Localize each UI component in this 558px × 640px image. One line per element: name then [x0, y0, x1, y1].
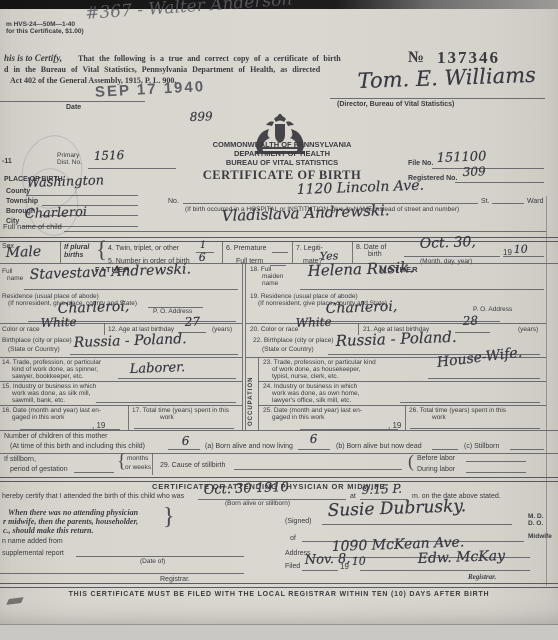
children-a-label: (a) Born alive and now living	[205, 443, 293, 450]
cause-stillbirth-line	[234, 469, 402, 470]
children-label2: (At time of this birth and including thi…	[10, 443, 145, 450]
father-industry-line	[96, 402, 236, 403]
director-line	[330, 98, 545, 99]
filed-registrar-signature: Edw. McKay	[417, 549, 505, 567]
st-line	[492, 203, 524, 204]
county-value: Washington	[27, 174, 105, 190]
children-c-label: (c) Stillborn	[464, 443, 499, 450]
certify-lead: his is to Certify,	[4, 54, 62, 63]
org-line1: COMMONWEALTH OF PENNSYLVANIA	[178, 141, 386, 149]
supplemental-line	[76, 556, 244, 557]
children-b-label: (b) Born alive but now dead	[336, 443, 422, 450]
name-added-label1: n name added from	[2, 538, 63, 545]
column-divider	[242, 263, 243, 430]
physician-signature-line	[322, 524, 512, 525]
mother-industry-line	[400, 402, 540, 403]
mother-race-label: 20. Color or race	[250, 327, 298, 334]
father-fullname-label2: name	[7, 276, 23, 283]
father-date-label2: gaged in this work	[12, 415, 64, 422]
children-label1: Number of children of this mother	[4, 433, 108, 440]
certify-line1: That the following is a true and correct…	[78, 55, 341, 63]
months-label: months	[127, 456, 148, 463]
mother-years-label: (years)	[518, 327, 538, 334]
filing-notice: THIS CERTIFICATE MUST BE FILED WITH THE …	[40, 591, 518, 598]
county-line	[26, 195, 138, 196]
filed-line2	[360, 570, 530, 571]
mother-industry-label3: lawyer's office, silk mill, etc.	[272, 398, 351, 405]
paper-bottom-edge	[0, 624, 558, 625]
divider	[222, 241, 223, 263]
mother-totaltime-line	[410, 428, 540, 429]
birth-date-line	[404, 256, 500, 257]
father-totaltime-line	[134, 428, 234, 429]
registered-no-line	[455, 182, 544, 183]
item6-line	[272, 252, 288, 253]
row-rule	[0, 453, 558, 454]
item5-value: 6	[199, 252, 206, 264]
full-term-label: Full term	[236, 258, 263, 265]
father-trade-value: Laborer.	[130, 361, 186, 377]
father-totaltime-label1: 17. Total time (years) spent in this	[132, 408, 229, 415]
labor-paren: (	[408, 452, 414, 471]
date-line	[0, 101, 145, 102]
filed-label: Filed	[285, 563, 300, 570]
date-of-label: (Date of)	[140, 559, 165, 566]
child-name-line	[64, 231, 546, 232]
signed-label: (Signed)	[285, 518, 311, 525]
scan-bottom-edge	[0, 625, 558, 640]
row-rule	[0, 357, 242, 358]
city-value: Charleroi	[25, 206, 88, 222]
no-attendant-note3: c., should make this return.	[3, 527, 93, 535]
mother-birthplace-label1: 22. Birthplace (city or place)	[253, 338, 334, 345]
father-industry-label3: sawmill, bank, etc.	[12, 398, 65, 405]
birth-year-value: 10	[514, 244, 528, 256]
plural-label2: births	[64, 252, 83, 259]
row-rule	[258, 381, 546, 382]
file-no-line	[432, 168, 544, 169]
occupation-vertical-label: OCCUPATION	[248, 362, 254, 426]
item6-label: 6. Premature	[226, 245, 266, 252]
divider	[292, 241, 293, 263]
file-no-value: 151100	[437, 150, 487, 165]
primary-dist-line	[88, 168, 176, 169]
children-c-line	[510, 449, 544, 450]
born-alive-note: (Born alive or stillborn)	[225, 501, 290, 508]
plural-label1: If plural	[64, 244, 89, 251]
mother-trade-line	[428, 378, 540, 379]
divider	[128, 405, 129, 430]
filed-year-prefix: 19	[340, 563, 349, 571]
of-label: of	[290, 535, 296, 542]
father-age-value: 27	[185, 315, 201, 328]
do-label: D. O.	[528, 521, 543, 528]
mother-name-line	[300, 289, 544, 290]
st-label: St.	[481, 198, 490, 205]
occupation-strip-border	[258, 357, 259, 430]
row-rule	[245, 323, 546, 324]
bottom-rule	[0, 583, 558, 588]
birth-date-value: Oct. 30,	[419, 235, 476, 252]
mother-totaltime-label1: 26. Total time (years) spent in this	[409, 408, 506, 415]
row-rule	[0, 405, 242, 406]
right-border	[546, 196, 547, 586]
filed-year-value: 10	[352, 556, 366, 568]
mother-age-line	[455, 332, 490, 333]
during-labor-label: During labor	[417, 466, 455, 473]
father-trade-line	[118, 378, 236, 379]
registered-no-value: 309	[463, 165, 486, 178]
divider	[152, 453, 153, 475]
org-line2: DEPARTMENT OF HEALTH	[178, 150, 386, 158]
midwife-label: Midwife	[528, 534, 552, 541]
file-no-label: File No.	[408, 160, 433, 167]
cause-stillbirth-label: 29. Cause of stillbirth	[160, 462, 225, 469]
item8-label2: birth	[368, 251, 382, 258]
row-rule	[258, 405, 546, 406]
during-labor-line	[466, 472, 526, 473]
note-bracket: }	[163, 505, 175, 530]
gestation-line	[74, 472, 114, 473]
children-total-line	[168, 449, 200, 450]
children-b-line	[432, 449, 458, 450]
sex-value: Male	[5, 245, 41, 261]
birth-time-value: 9:15 P.	[362, 483, 403, 497]
father-race-label: Color or race	[2, 327, 40, 334]
form-code-line2: for this Certificate, $1.00)	[6, 29, 84, 36]
row-rule	[0, 381, 242, 382]
registrar-left-line	[0, 573, 244, 574]
township-label: Township	[6, 198, 38, 205]
father-name-line	[24, 289, 238, 290]
mother-date-label2: gaged in this work	[272, 415, 324, 422]
father-birthplace-label1: Birthplace (city or place)	[2, 338, 72, 345]
before-labor-line	[466, 461, 526, 462]
father-years-label: (years)	[212, 327, 232, 334]
father-totaltime-label2: work	[160, 415, 174, 422]
before-labor-label: Before labor	[417, 455, 455, 462]
father-race-value: White	[41, 316, 77, 330]
weeks-label: or weeks	[125, 465, 151, 472]
mother-po-label: P. O. Address	[473, 307, 512, 314]
mother-totaltime-label2: work	[432, 415, 446, 422]
street-no-label: No.	[168, 198, 179, 205]
scanned-birth-certificate: m HVS-24—50M—1-40 for this Certificate, …	[0, 0, 558, 640]
certify-line2: d in the Bureau of Vital Statistics, Pen…	[4, 66, 320, 74]
mother-trade-label3: typist, nurse, clerk, etc.	[272, 374, 338, 381]
primary-dist-value: 1516	[94, 149, 125, 163]
child-name-label: Full name of child	[3, 223, 62, 231]
mother-name-label3: name	[262, 281, 278, 288]
mother-race-value: White	[296, 316, 332, 330]
born-status-value: Oct. 30 1910	[204, 481, 290, 498]
mother-name-value: Helena Rusik.	[307, 260, 414, 279]
stillborn-label1: If stillborn,	[4, 456, 36, 463]
date-label: Date	[66, 104, 81, 111]
divider	[405, 405, 406, 430]
org-line3: BUREAU OF VITAL STATISTICS	[178, 159, 386, 167]
item4-label: 4. Twin, triplet, or other	[108, 245, 179, 252]
section-rule	[0, 430, 558, 431]
director-label: (Director, Bureau of Vital Statistics)	[337, 101, 454, 108]
handwritten-number: 899	[190, 110, 213, 123]
column-divider	[245, 263, 246, 430]
registrar-right-label: Registrar.	[468, 574, 496, 581]
full-term-line	[270, 265, 286, 266]
ward-label: Ward	[527, 198, 543, 205]
plural-brace: {	[96, 238, 107, 262]
stillborn-label2: period of gestation	[10, 466, 68, 473]
row-rule	[0, 263, 558, 264]
filed-line1	[302, 570, 338, 571]
divider	[60, 241, 61, 263]
father-birthplace-label2: (State or Country)	[8, 347, 60, 354]
name-added-label2: supplemental report	[2, 550, 64, 557]
children-a-value: 6	[310, 433, 318, 446]
birth-year-line	[503, 256, 544, 257]
no-symbol: №	[408, 50, 424, 67]
dist-no-label: Dist. No.	[57, 160, 82, 167]
father-trade-label3: sawyer, bookkeeper, etc.	[12, 374, 84, 381]
children-total-value: 6	[182, 435, 190, 448]
mother-residence-value: Charleroi,	[325, 300, 397, 317]
margin-code: -11	[2, 158, 12, 165]
children-a-line	[298, 449, 330, 450]
row-rule	[0, 323, 242, 324]
mother-birthplace-label2: (State or Country)	[262, 347, 314, 354]
mother-age-value: 28	[463, 314, 479, 327]
father-birthplace-line	[70, 354, 238, 355]
physician-certify-text: hereby certify that I attended the birth…	[2, 493, 184, 500]
